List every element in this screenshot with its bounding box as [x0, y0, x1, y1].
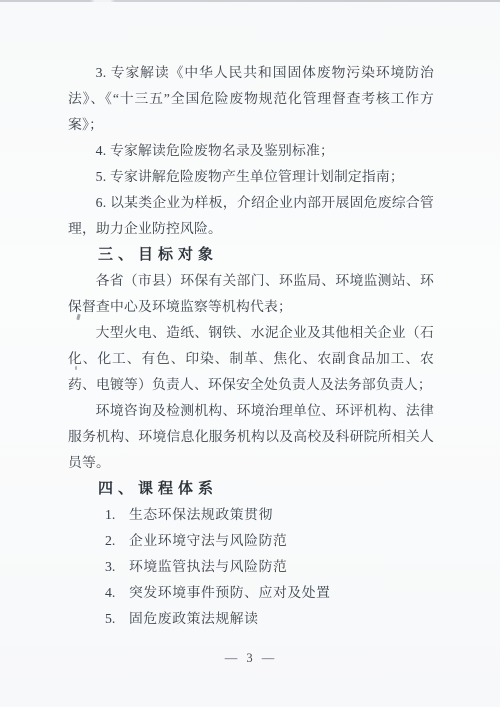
body-paragraph: 4. 专家解读危险废物名录及鉴别标准；: [68, 138, 434, 164]
document-page: 3. 专家解读《中华人民共和国固体废物污染环境防治法》、《“十三五”全国危险废物…: [0, 0, 500, 707]
course-item-text: 固危废政策法规解读: [129, 606, 259, 632]
course-list-item: 1. 生态环保法规政策贯彻: [68, 502, 434, 528]
section-courses: 四、课程体系 1. 生态环保法规政策贯彻 2. 企业环境守法与风险防范 3. 环…: [68, 476, 434, 632]
course-item-number: 5.: [105, 606, 129, 632]
page-number: — 3 —: [68, 650, 434, 666]
body-paragraph: 3. 专家解读《中华人民共和国固体废物污染环境防治法》、《“十三五”全国危险废物…: [68, 60, 434, 138]
scan-top-edge-line: [0, 0, 500, 2]
section-heading-targets: 三、目标对象: [68, 242, 434, 268]
course-item-number: 3.: [105, 554, 129, 580]
course-list-item: 3. 环境监管执法与风险防范: [68, 554, 434, 580]
course-list-item: 5. 固危废政策法规解读: [68, 606, 434, 632]
document-body: 3. 专家解读《中华人民共和国固体废物污染环境防治法》、《“十三五”全国危险废物…: [68, 60, 434, 632]
body-paragraph: 各省（市县）环保有关部门、环监局、环境监测站、环保督查中心及环境监察等机构代表；: [68, 268, 434, 320]
course-list: 1. 生态环保法规政策贯彻 2. 企业环境守法与风险防范 3. 环境监管执法与风…: [68, 502, 434, 632]
intro-paragraphs: 3. 专家解读《中华人民共和国固体废物污染环境防治法》、《“十三五”全国危险废物…: [68, 60, 434, 242]
scan-speck: [75, 366, 77, 370]
course-item-number: 2.: [105, 528, 129, 554]
course-list-item: 4. 突发环境事件预防、应对及处置: [68, 580, 434, 606]
course-item-text: 环境监管执法与风险防范: [129, 554, 287, 580]
body-paragraph: 5. 专家讲解危险废物产生单位管理计划制定指南；: [68, 164, 434, 190]
course-item-number: 1.: [105, 502, 129, 528]
course-item-number: 4.: [105, 580, 129, 606]
body-paragraph: 6. 以某类企业为样板，介绍企业内部开展固危废综合管理，助力企业防控风险。: [68, 190, 434, 242]
body-paragraph: 大型火电、造纸、钢铁、水泥企业及其他相关企业（石化、化工、有色、印染、制革、焦化…: [68, 320, 434, 398]
course-item-text: 企业环境守法与风险防范: [129, 528, 287, 554]
course-item-text: 突发环境事件预防、应对及处置: [129, 580, 331, 606]
section-heading-courses: 四、课程体系: [68, 476, 434, 502]
course-item-text: 生态环保法规政策贯彻: [129, 502, 273, 528]
course-list-item: 2. 企业环境守法与风险防范: [68, 528, 434, 554]
body-paragraph: 环境咨询及检测机构、环境治理单位、环评机构、法律服务机构、环境信息化服务机构以及…: [68, 398, 434, 476]
section-targets: 三、目标对象 各省（市县）环保有关部门、环监局、环境监测站、环保督查中心及环境监…: [68, 242, 434, 476]
